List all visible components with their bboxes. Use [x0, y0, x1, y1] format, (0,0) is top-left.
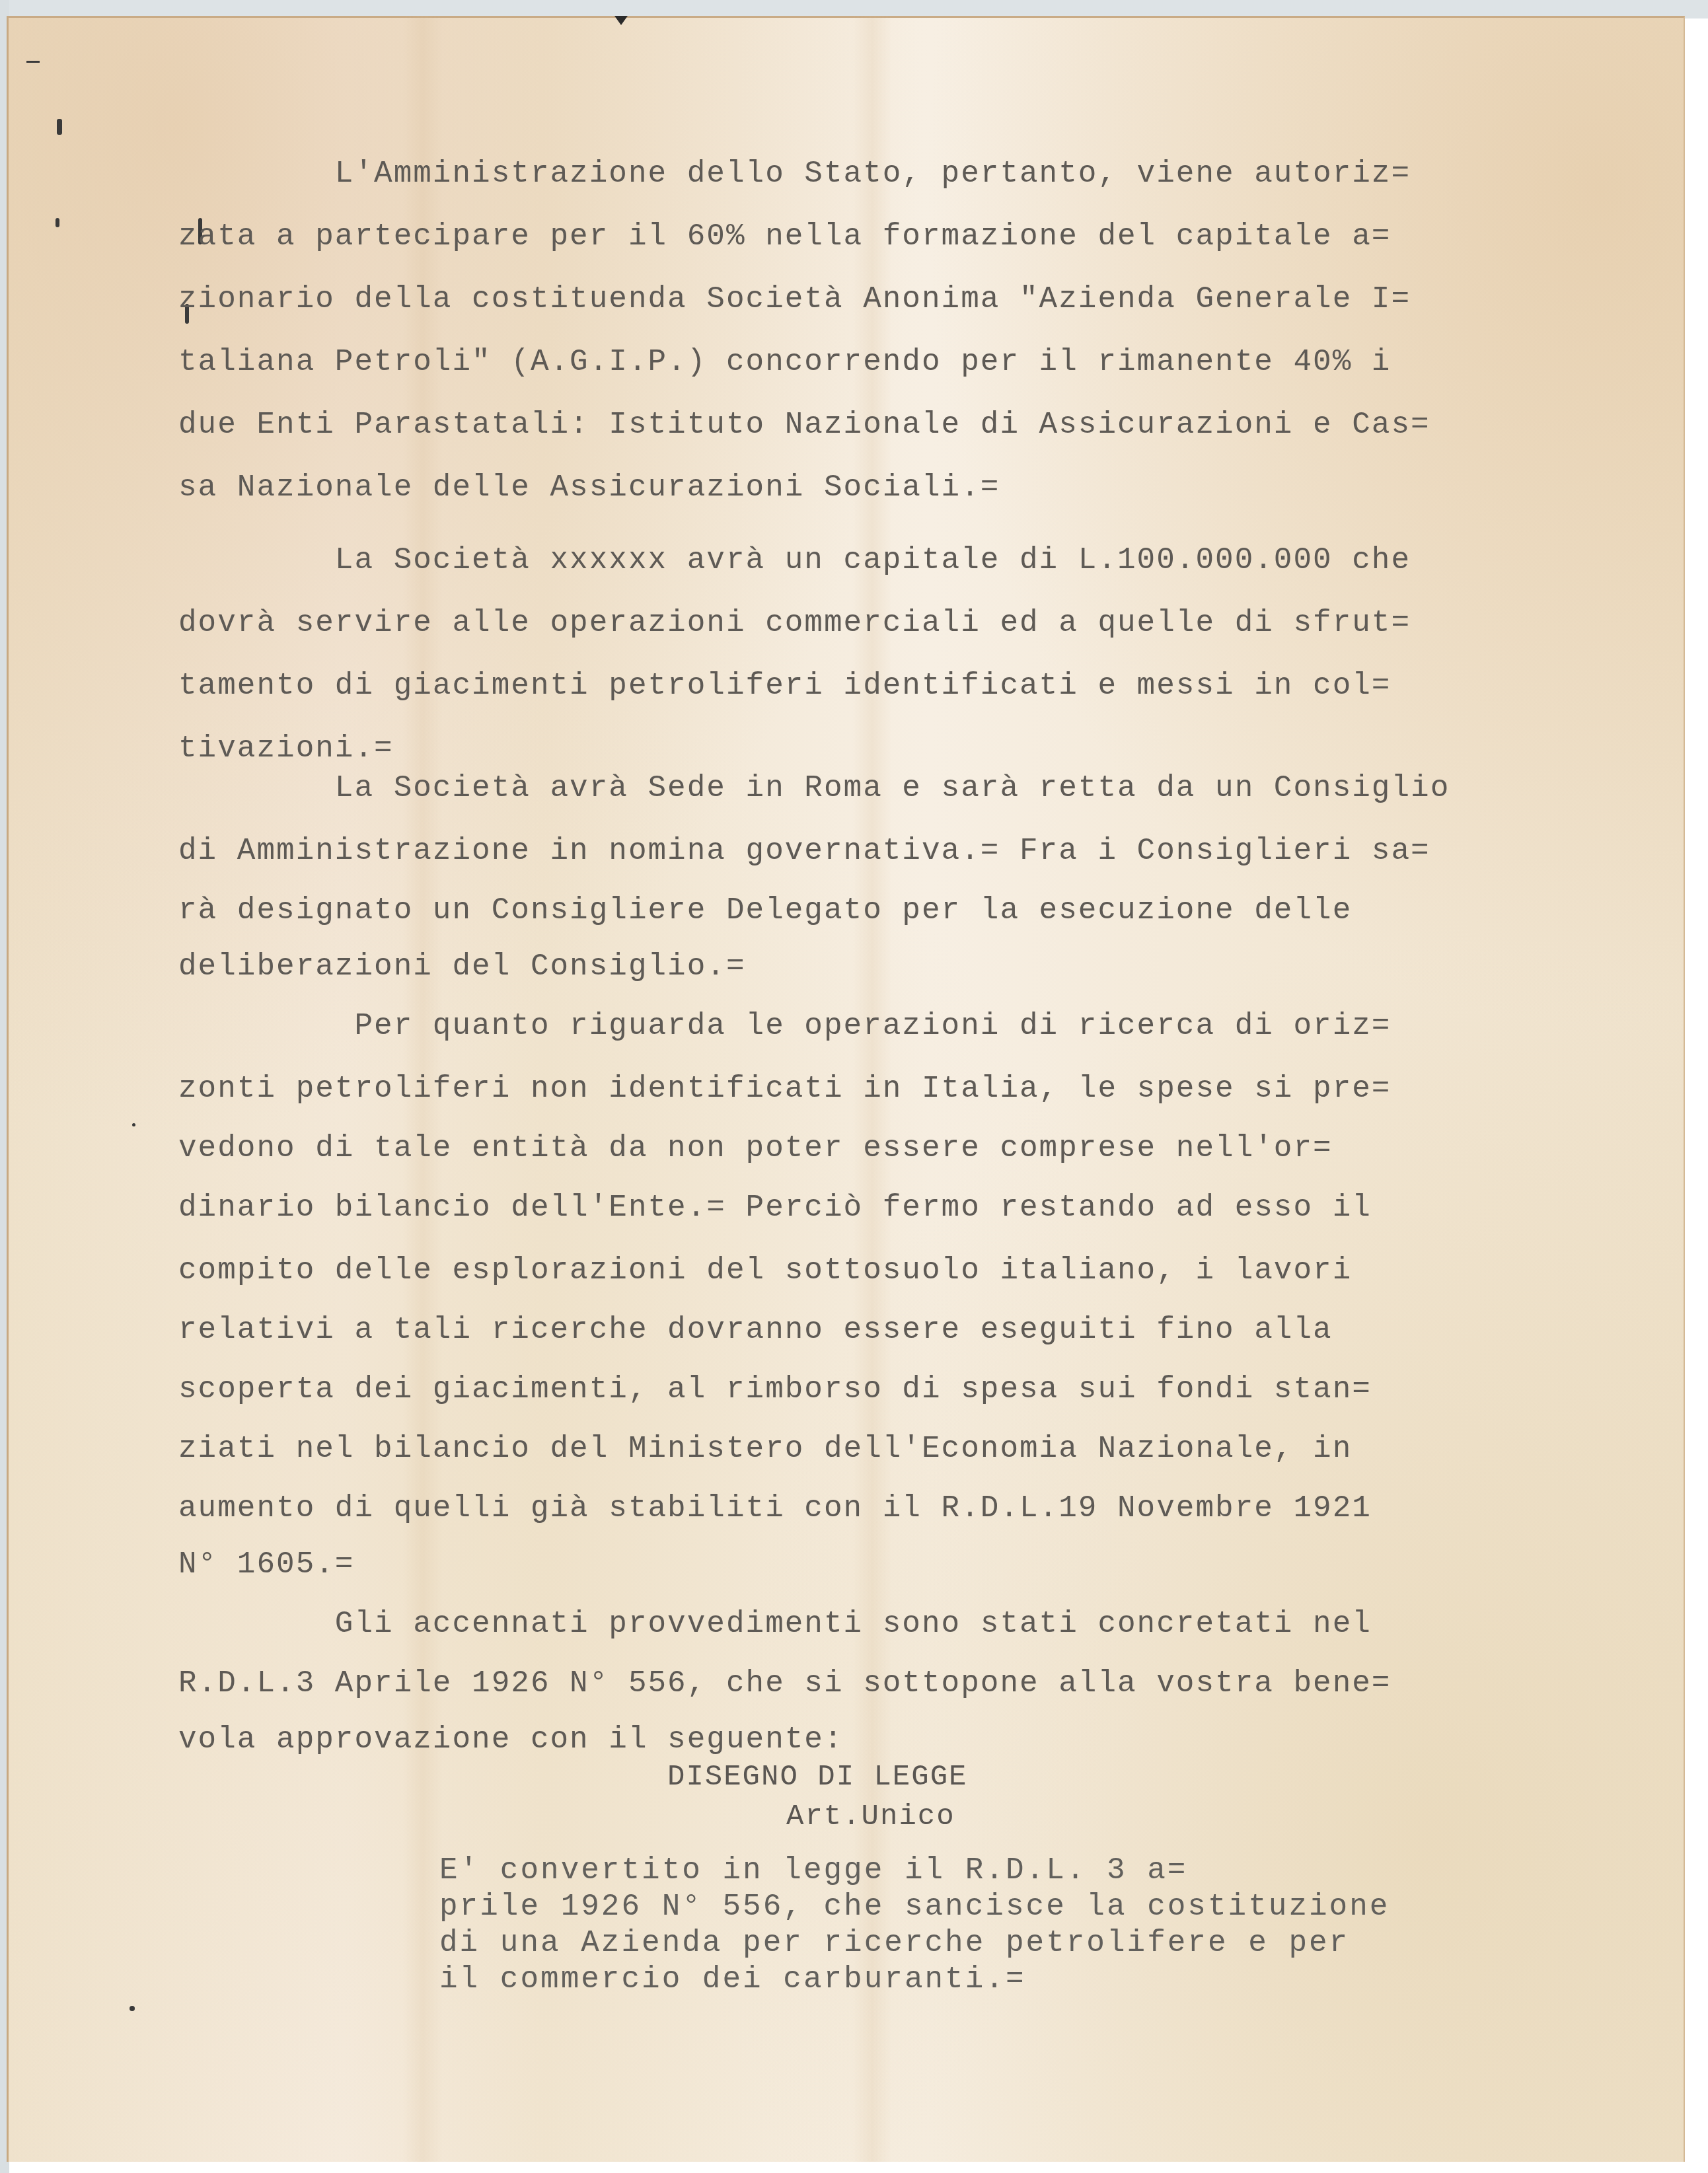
text-line: di Amministrazione in nomina governativa…: [178, 836, 1430, 866]
text-line: zionario della costituenda Società Anoni…: [178, 284, 1411, 314]
bill-body-line: di una Azienda per ricerche petrolifere …: [439, 1926, 1349, 1960]
text-line: due Enti Parastatali: Istituto Nazionale…: [178, 410, 1430, 440]
text-line: N° 1605.=: [178, 1549, 354, 1580]
page-notch-mark: [614, 16, 628, 25]
text-line: sa Nazionale delle Assicurazioni Sociali…: [178, 472, 1000, 503]
bill-title: DISEGNO DI LEGGE: [667, 1761, 967, 1794]
margin-mark: [26, 61, 40, 63]
text-line: R.D.L.3 Aprile 1926 N° 556, che si sotto…: [178, 1668, 1391, 1699]
text-line: La Società avrà Sede in Roma e sarà rett…: [178, 773, 1450, 803]
text-line: L'Amministrazione dello Stato, pertanto,…: [178, 159, 1411, 189]
text-line: zata a partecipare per il 60% nella form…: [178, 221, 1391, 252]
margin-mark: [56, 218, 59, 227]
text-line: deliberazioni del Consiglio.=: [178, 951, 746, 982]
text-line: La Società xxxxxx avrà un capitale di L.…: [178, 545, 1411, 575]
text-line: scoperta dei giacimenti, al rimborso di …: [178, 1374, 1372, 1405]
text-line: vola approvazione con il seguente:: [178, 1724, 844, 1755]
bill-body-line: prile 1926 N° 556, che sancisce la costi…: [439, 1890, 1390, 1924]
text-line: dinario bilancio dell'Ente.= Perciò ferm…: [178, 1193, 1372, 1223]
margin-mark: [130, 2006, 135, 2011]
text-line: compito delle esplorazioni del sottosuol…: [178, 1255, 1352, 1286]
text-line: tivazioni.=: [178, 733, 394, 764]
text-line: aumento di quelli già stabiliti con il R…: [178, 1493, 1372, 1524]
margin-mark: [132, 1123, 135, 1126]
text-line: dovrà servire alle operazioni commercial…: [178, 608, 1411, 638]
margin-mark: [57, 119, 62, 135]
bill-body-line: E' convertito in legge il R.D.L. 3 a=: [439, 1853, 1187, 1888]
text-line: Per quanto riguarda le operazioni di ric…: [178, 1011, 1391, 1041]
bill-article-heading: Art.Unico: [786, 1800, 955, 1833]
text-line: Gli accennati provvedimenti sono stati c…: [178, 1609, 1372, 1639]
text-line: ziati nel bilancio del Ministero dell'Ec…: [178, 1434, 1352, 1464]
text-line: vedono di tale entità da non poter esser…: [178, 1133, 1333, 1163]
text-line: tamento di giacimenti petroliferi identi…: [178, 671, 1391, 701]
bill-body-line: il commercio dei carburanti.=: [439, 1962, 1026, 1997]
text-line: zonti petroliferi non identificati in It…: [178, 1074, 1391, 1104]
text-line: relativi a tali ricerche dovranno essere…: [178, 1315, 1333, 1345]
text-line: rà designato un Consigliere Delegato per…: [178, 895, 1352, 926]
text-line: taliana Petroli" (A.G.I.P.) concorrendo …: [178, 347, 1391, 377]
